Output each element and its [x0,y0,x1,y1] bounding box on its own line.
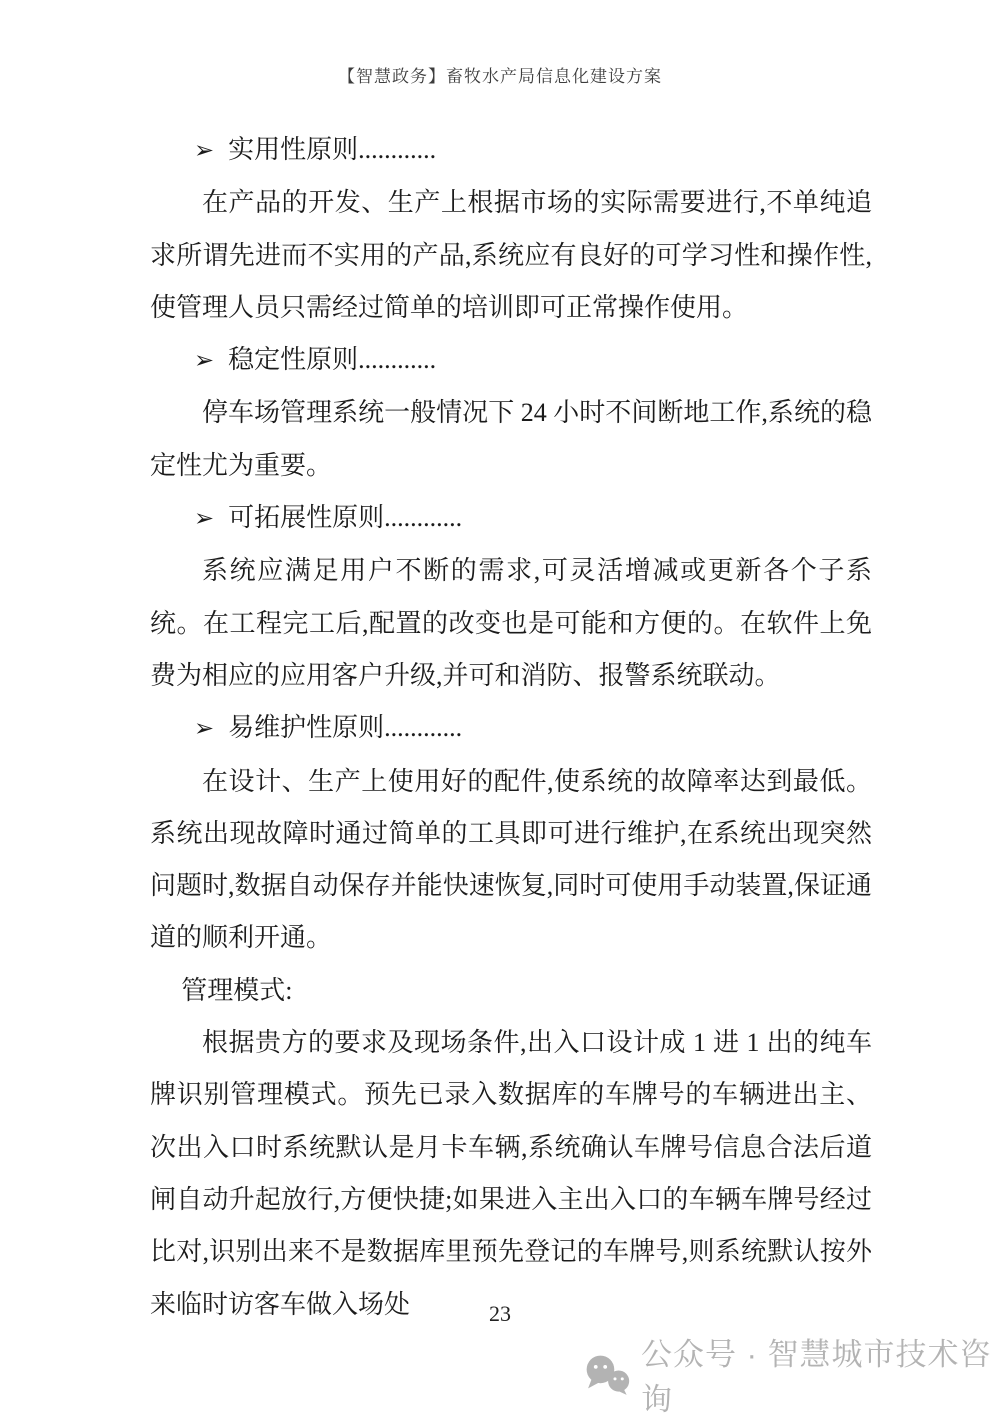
paragraph-expandability: 系统应满足用户不断的需求,可灵活增减或更新各个子系统。在工程完工后,配置的改变也… [150,545,872,702]
document-page: 【智慧政务】畜牧水产局信息化建设方案 ➢实用性原则............ 在产… [0,0,1000,1414]
bullet-item-stability: ➢稳定性原则............ [150,334,872,387]
paragraph-management-mode: 根据贵方的要求及现场条件,出入口设计成 1 进 1 出的纯车牌识别管理模式。预先… [150,1017,872,1331]
bullet-item-practicality: ➢实用性原则............ [150,124,872,177]
arrowhead-bullet-icon: ➢ [194,493,214,545]
bullet-item-maintainability: ➢易维护性原则............ [150,702,872,755]
bullet-label: 易维护性原则............ [228,713,462,742]
footer-watermark: 公众号 · 智慧城市技术咨询 [583,1350,1000,1398]
arrowhead-bullet-icon: ➢ [194,703,214,755]
wechat-icon [583,1354,631,1395]
page-number: 23 [0,1301,1000,1327]
subheading-management-mode: 管理模式: [150,965,872,1017]
watermark-text: 公众号 · 智慧城市技术咨询 [641,1329,1000,1414]
bullet-label: 稳定性原则............ [228,345,436,374]
bullet-label: 实用性原则............ [228,135,436,164]
bullet-label: 可拓展性原则............ [228,503,462,532]
paragraph-maintainability: 在设计、生产上使用好的配件,使系统的故障率达到最低。系统出现故障时通过简单的工具… [150,756,872,965]
bullet-item-expandability: ➢可拓展性原则............ [150,492,872,545]
document-body: ➢实用性原则............ 在产品的开发、生产上根据市场的实际需要进行… [150,124,872,1331]
arrowhead-bullet-icon: ➢ [194,125,214,177]
document-header-title: 【智慧政务】畜牧水产局信息化建设方案 [0,62,1000,87]
arrowhead-bullet-icon: ➢ [194,335,214,387]
paragraph-stability: 停车场管理系统一般情况下 24 小时不间断地工作,系统的稳定性尤为重要。 [150,387,872,492]
paragraph-practicality: 在产品的开发、生产上根据市场的实际需要进行,不单纯追求所谓先进而不实用的产品,系… [150,177,872,334]
